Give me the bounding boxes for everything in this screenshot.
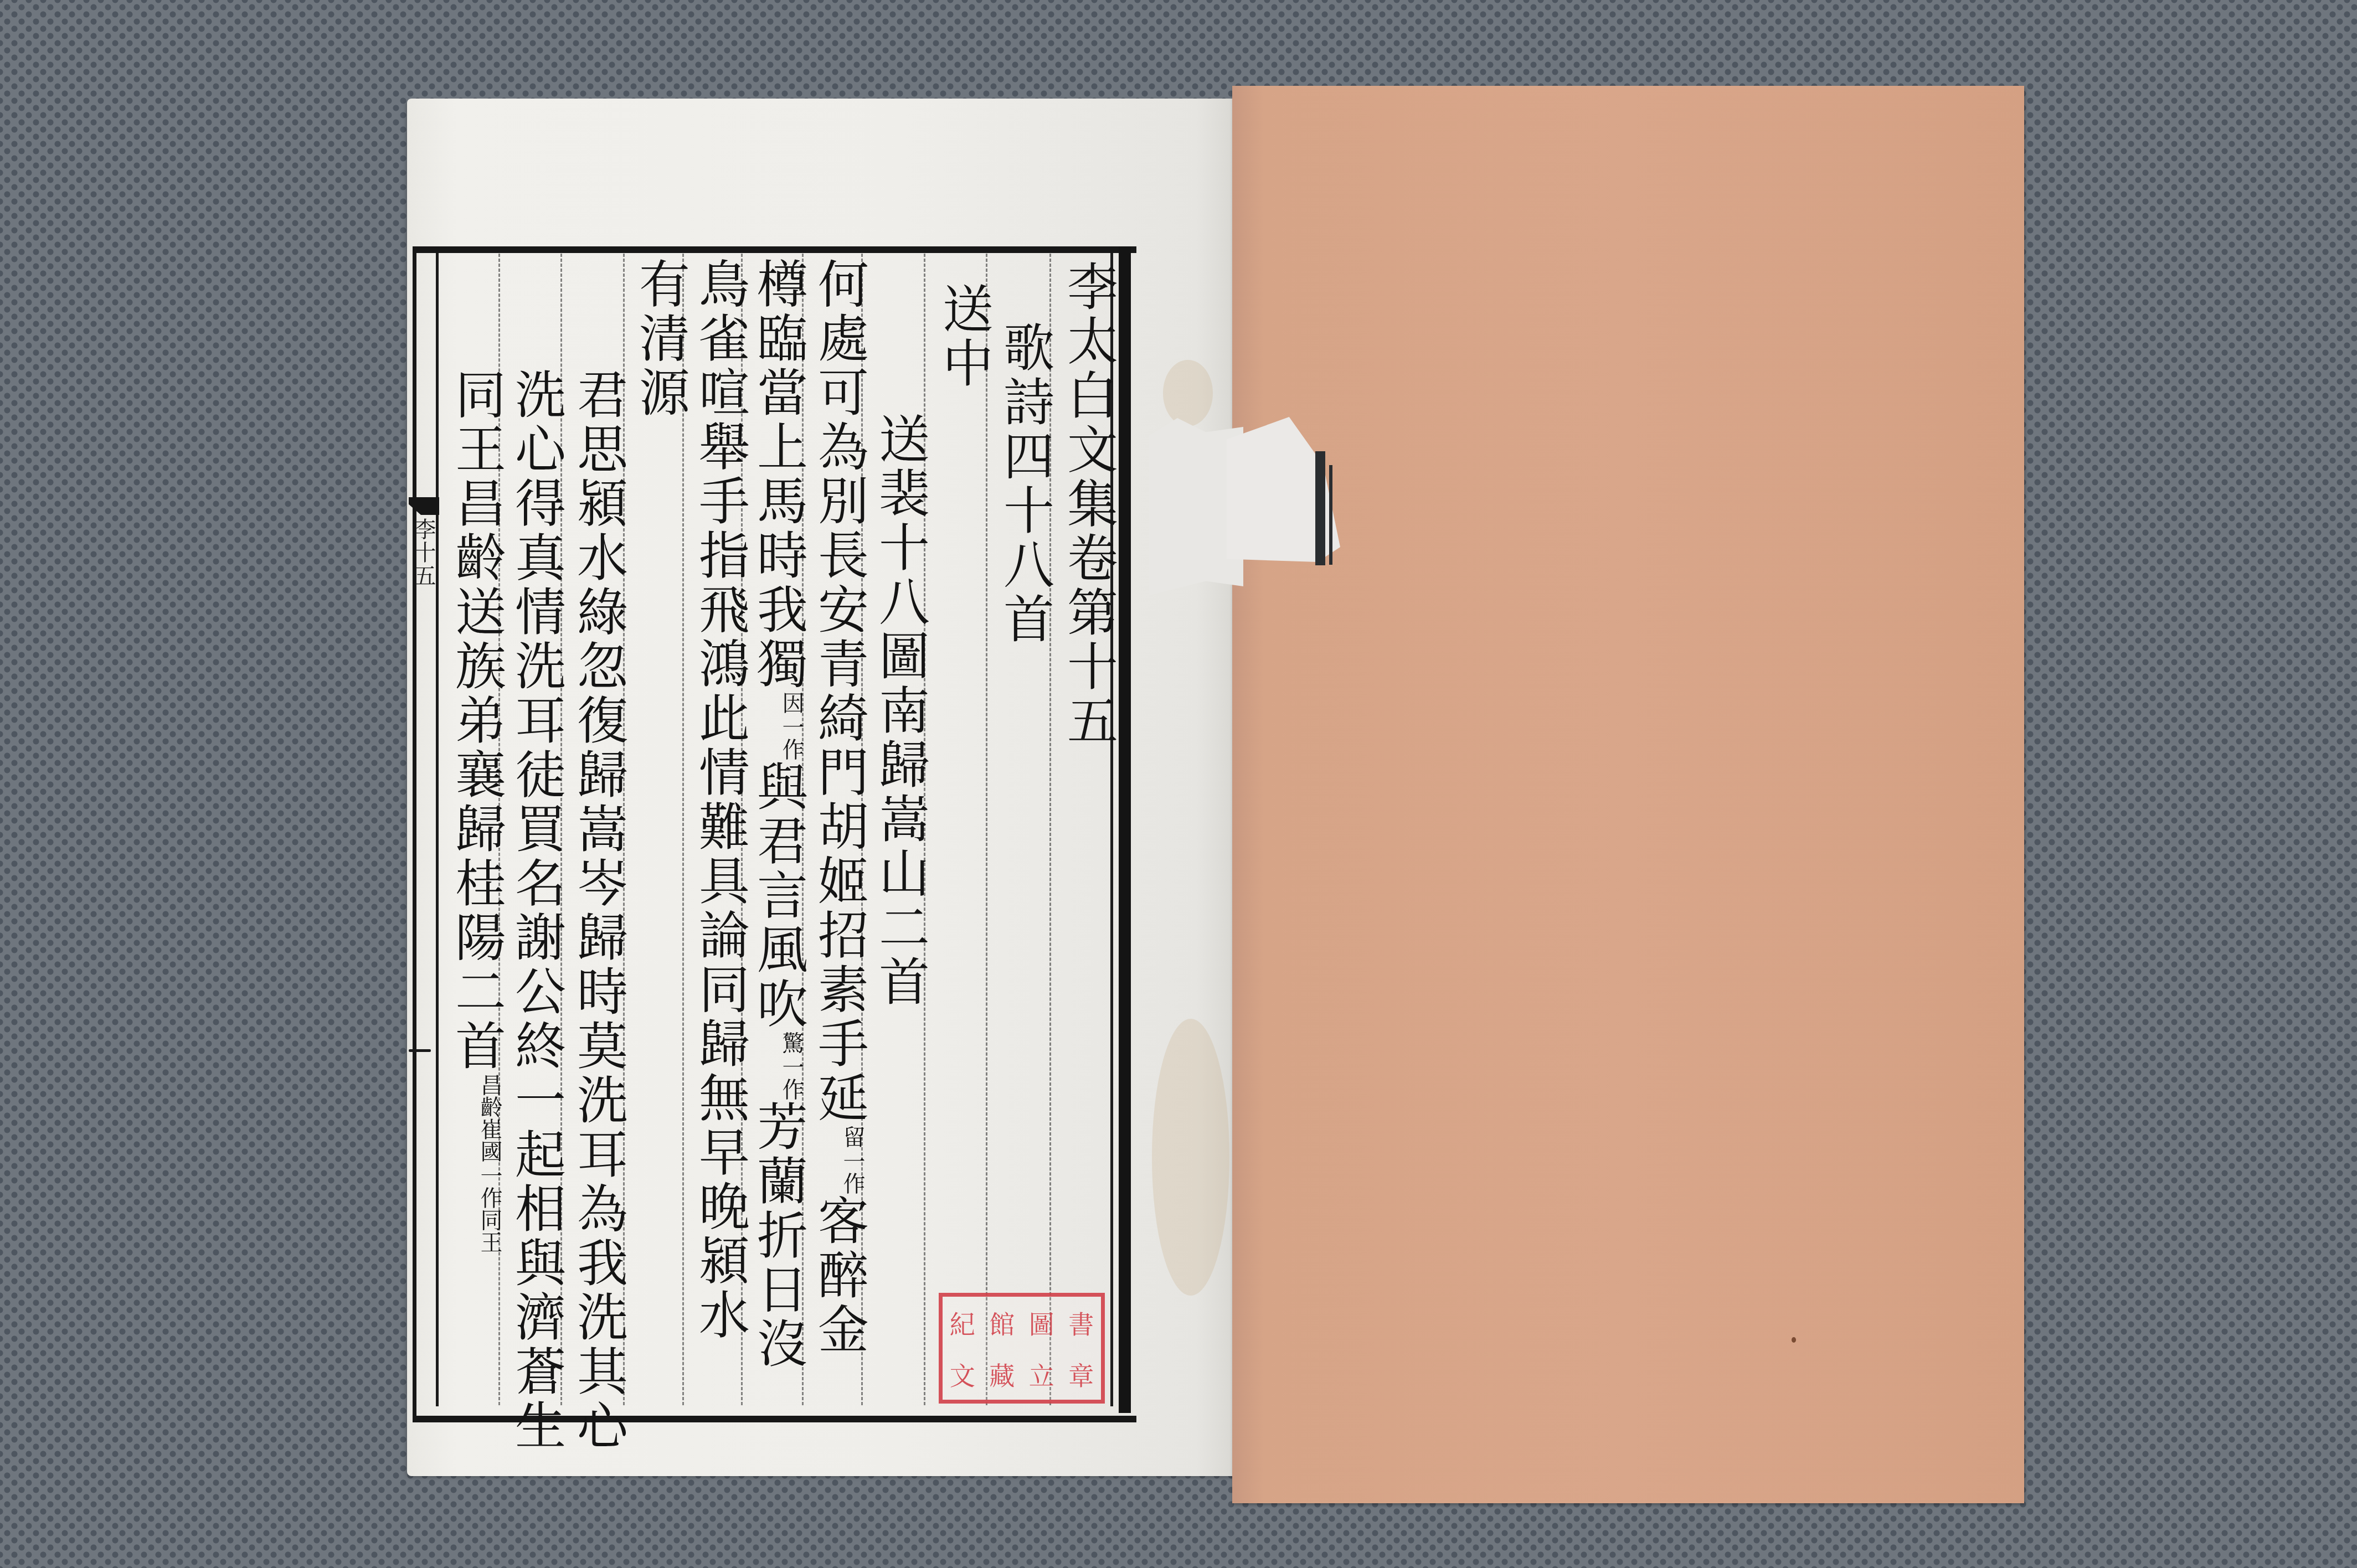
text-segment: 芳蘭折日沒: [749, 1100, 808, 1371]
poem-line-5: 君思潁水綠忽復歸嵩岑歸時莫洗耳為我洗其心: [565, 368, 631, 1453]
seal-char: 藏: [982, 1356, 1022, 1392]
note-col: 一作: [840, 1150, 865, 1194]
book-cover: [1232, 86, 2024, 1503]
foxing-stain: [1163, 360, 1213, 426]
seal-char: 紀: [943, 1304, 982, 1341]
poem-title-1: 送裴十八圖南歸嵩山二首: [867, 412, 933, 1009]
seal-char: 館: [982, 1304, 1022, 1341]
section-heading: 歌詩四十八首: [991, 321, 1058, 647]
variant-note: 一作因: [779, 692, 804, 760]
cover-stain: [1792, 1337, 1796, 1343]
seal-char: 文: [943, 1356, 982, 1392]
poem-line-1: 何處可為別長安青綺門胡姬招素手延一作留客醉金: [806, 257, 872, 1357]
note-col: 一作: [779, 1056, 804, 1100]
text-segment: 與君言風吹: [749, 760, 808, 1031]
seal-char: 章: [1062, 1356, 1102, 1392]
variant-note: 一作留: [840, 1126, 865, 1194]
poem-line-2: 樽臨當上馬時我獨一作因與君言風吹一作驚芳蘭折日沒: [745, 257, 811, 1371]
variant-note: 一作驚: [779, 1031, 804, 1100]
text-segment: 同王昌齡送族弟襄歸桂陽二首: [447, 368, 506, 1074]
note-col: 驚: [779, 1031, 804, 1054]
border-fragment: [1329, 465, 1332, 565]
note-col: 一作: [779, 716, 804, 760]
category-label: 送中: [930, 282, 997, 391]
fold-margin-label: 李十五: [411, 518, 435, 587]
foxing-stain: [1152, 1019, 1229, 1296]
text-segment: 樽臨當上馬時我獨: [749, 257, 808, 692]
text-segment: 客醉金: [810, 1194, 869, 1357]
fold-margin-line: [436, 253, 439, 1406]
seal-char: 立: [1022, 1356, 1062, 1392]
column-rule: [682, 254, 684, 1405]
volume-title: 李太白文集卷第十五: [1055, 260, 1121, 749]
note-col: 一作同王: [477, 1164, 502, 1253]
seal-char: 書: [1062, 1304, 1102, 1341]
text-segment: 何處可為別長安青綺門胡姬招素手延: [810, 257, 869, 1126]
page-number-mark: [409, 1049, 431, 1052]
note-col: 留: [840, 1126, 865, 1148]
seal-char: 圖: [1022, 1304, 1062, 1341]
collector-seal: 書 圖 館 紀 章 立 藏 文: [939, 1293, 1105, 1404]
poem-line-3: 鳥雀喧舉手指飛鴻此情難具論同歸無早晚潁水: [687, 257, 753, 1343]
note-col: 因: [779, 692, 804, 714]
column-rule: [986, 254, 987, 1405]
poem-title-2: 同王昌齡送族弟襄歸桂陽二首一作同王昌齡崔國: [443, 368, 510, 1253]
poem-line-4: 有清源: [627, 257, 693, 420]
note-col: 昌齡崔國: [477, 1074, 502, 1162]
variant-note: 一作同王昌齡崔國: [477, 1074, 502, 1253]
border-fragment: [1315, 451, 1325, 565]
poem-line-6: 洗心得真情洗耳徒買名謝公終一起相與濟蒼生: [503, 368, 569, 1453]
